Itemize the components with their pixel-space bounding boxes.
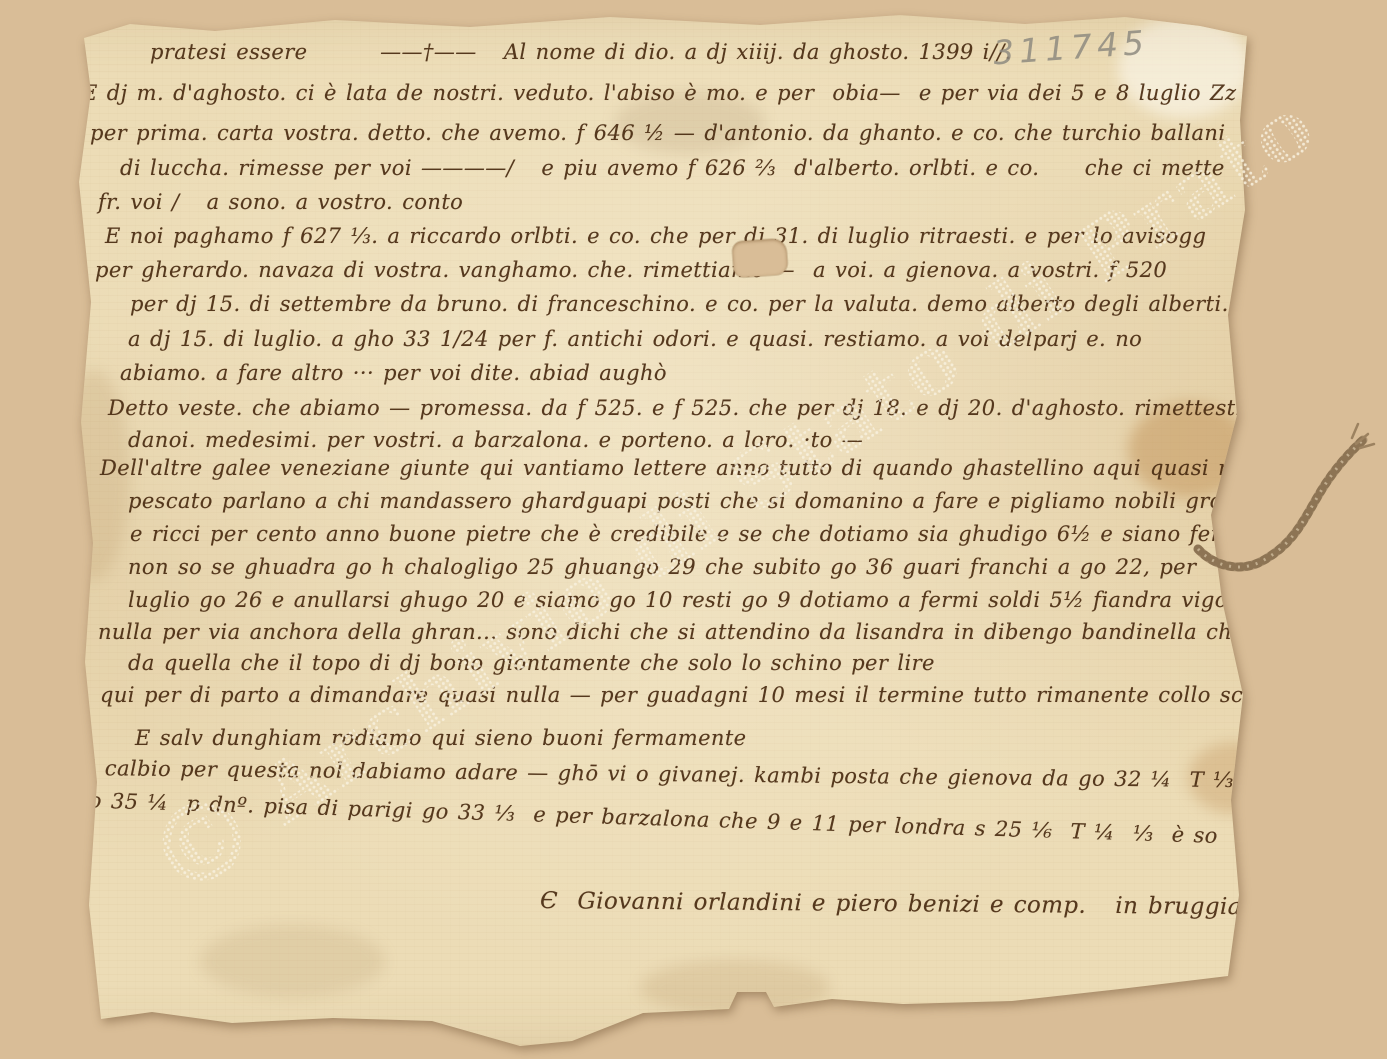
manuscript-line: abiamo. a fare altro ··· per voi dite. a… (120, 361, 667, 385)
manuscript-paper-wrap: pratesi essere ——†—— Al nome di dio. a d… (0, 0, 1387, 1059)
letter-body: pratesi essere ——†—— Al nome di dio. a d… (0, 0, 1387, 1059)
manuscript-line: E salv dunghiam rodiamo qui sieno buoni … (135, 726, 747, 750)
manuscript-line: Il calbio per questa nol dabiamo adare —… (80, 756, 1332, 793)
manuscript-line: a dj 15. di luglio. a gho 33 1/24 per f.… (128, 327, 1142, 351)
manuscript-line: Є Giovanni orlandini e piero benizi e co… (540, 888, 1325, 921)
manuscript-line: danoi. medesimi. per vostri. a barzalona… (128, 428, 863, 452)
manuscript-line: E noi paghamo f 627 ⅓. a riccardo orlbti… (105, 224, 1206, 248)
manuscript-paper: pratesi essere ——†—— Al nome di dio. a d… (0, 0, 1387, 1059)
manuscript-line: per dj 15. di settembre da bruno. di fra… (130, 292, 1338, 316)
manuscript-line: E dj m. d'aghosto. ci è lata de nostri. … (82, 81, 1237, 105)
manuscript-line: nulla per via anchora della ghran... son… (98, 620, 1318, 644)
manuscript-line: go 35 ¼ p dnº. pisa di parigi go 33 ⅓ e … (75, 788, 1219, 848)
manuscript-line: fr. voi / a sono. a vostro. conto (98, 190, 463, 214)
manuscript-line: per prima. carta vostra. detto. che avem… (90, 121, 1225, 145)
manuscript-line: per gherardo. navaza di vostra. vanghamo… (95, 258, 1167, 282)
manuscript-line: Dell'altre galee veneziane giunte qui va… (100, 456, 1273, 480)
manuscript-line: Detto veste. che abiamo — promessa. da f… (108, 396, 1243, 420)
manuscript-line: e ricci per cento anno buone pietre che … (130, 522, 1321, 546)
manuscript-line: pescato parlano a chi mandassero ghardgu… (128, 489, 1324, 513)
manuscript-line: non so se ghuadra go h chalogligo 25 ghu… (128, 555, 1196, 579)
manuscript-line: di luccha. rimesse per voi ————/ e piu a… (120, 156, 1225, 180)
manuscript-line: qui per di parto a dimandare quasi nulla… (100, 683, 1387, 707)
paper-hole (732, 238, 788, 278)
manuscript-line: luglio go 26 e anullarsi ghugo 20 e siam… (128, 588, 1238, 612)
manuscript-line: pratesi essere ——†—— Al nome di dio. a d… (150, 40, 1012, 64)
manuscript-line: da quella che il topo di dj bono giontam… (128, 651, 935, 675)
